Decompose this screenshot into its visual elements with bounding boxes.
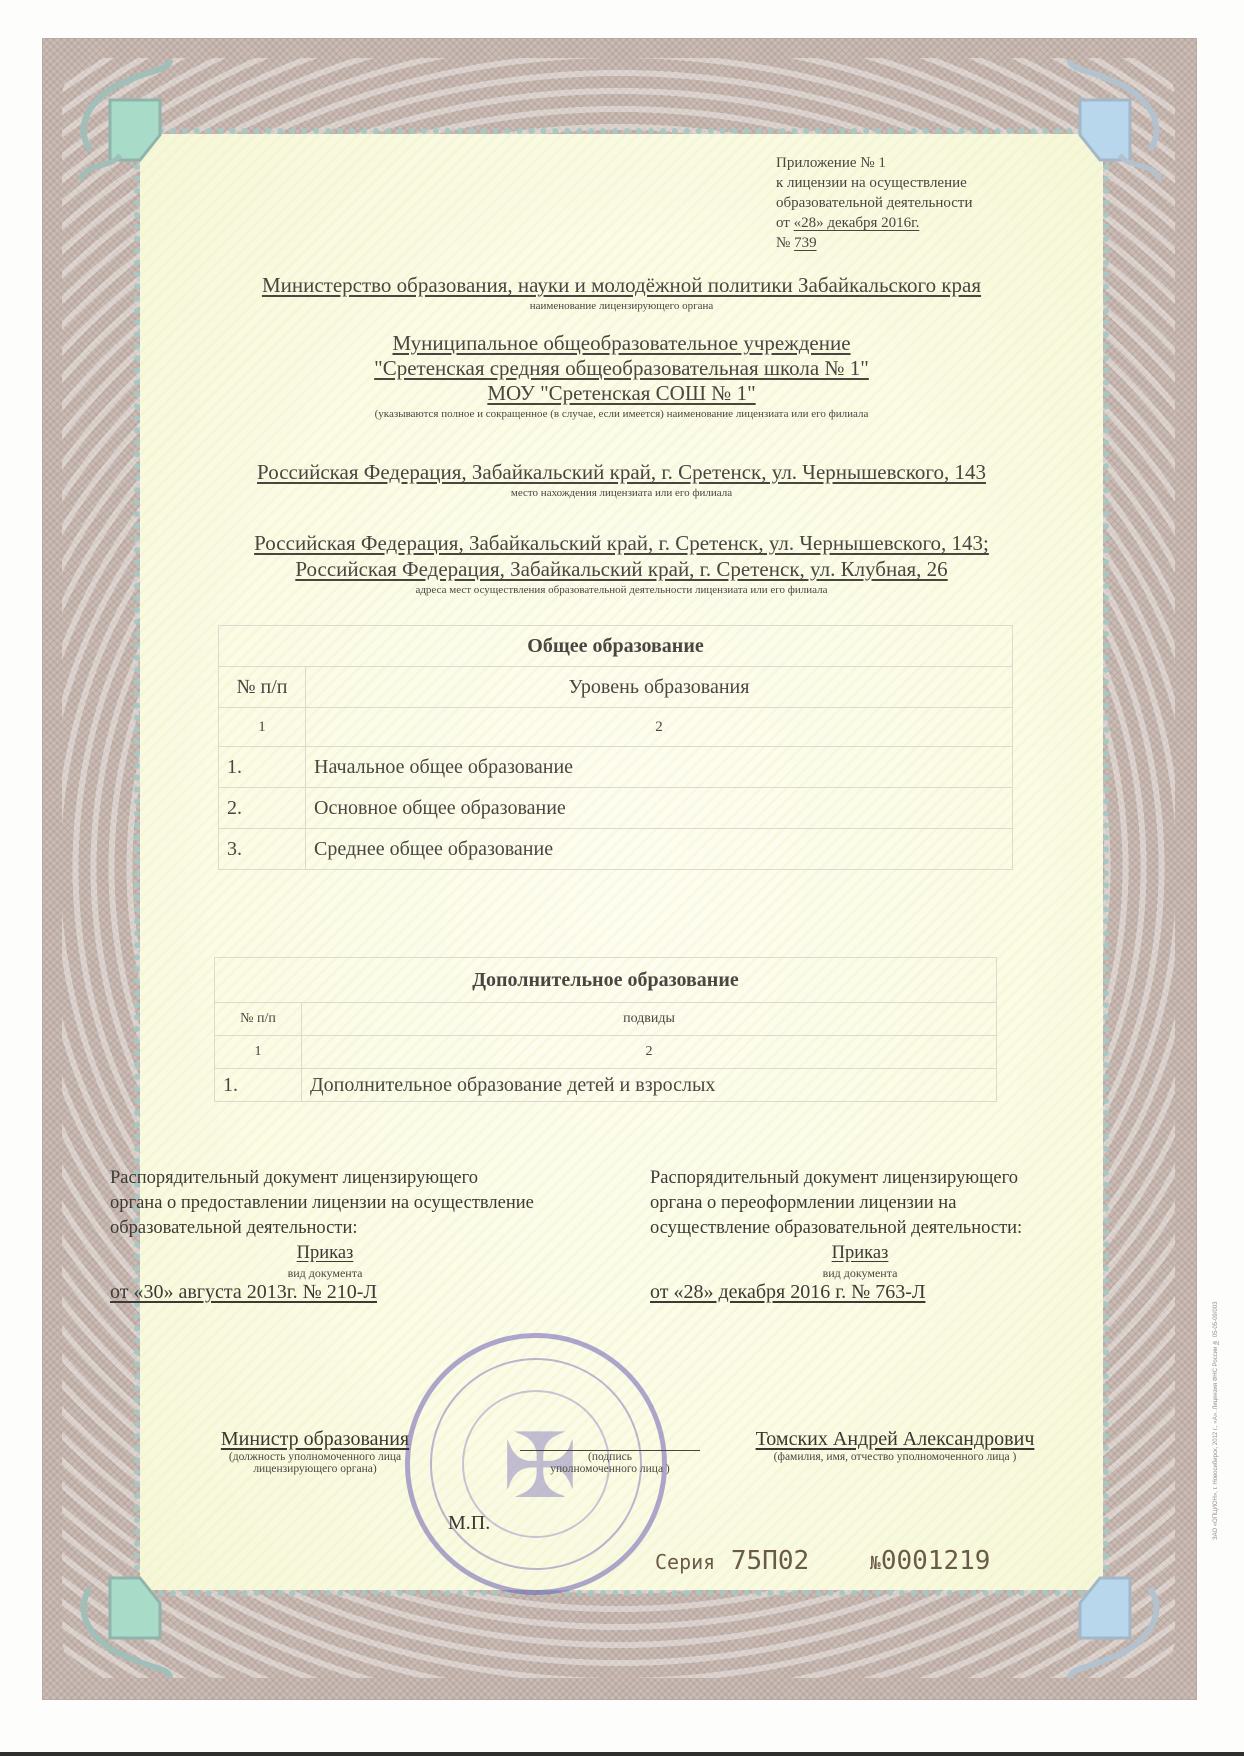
licensing-body-caption: наименование лицензирующего органа — [140, 300, 1103, 312]
column-header-subtypes: подвиды — [302, 1003, 997, 1036]
licensing-body-block: Министерство образования, науки и молодё… — [140, 273, 1103, 312]
table-row: 2. Основное общее образование — [219, 788, 1013, 829]
order-reissue-block: Распорядительный документ лицензирующего… — [650, 1166, 1120, 1305]
signatory-name-block: Томских Андрей Александрович (фамилия, и… — [705, 1428, 1085, 1463]
activity-addresses-block: Российская Федерация, Забайкальский край… — [140, 530, 1103, 598]
form-series: Серия 75П02 — [655, 1546, 809, 1576]
signature-block: (подпись уполномоченного лица ) — [520, 1428, 700, 1475]
general-education-table: Общее образование № п/п Уровень образова… — [218, 625, 1013, 870]
form-number: №0001219 — [870, 1546, 990, 1576]
order-grant-block: Распорядительный документ лицензирующего… — [110, 1166, 640, 1305]
corner-ornament-icon — [1030, 40, 1190, 200]
appendix-subtitle-2: образовательной деятельности — [776, 193, 973, 213]
order-grant-doc-type: Приказ — [297, 1243, 354, 1263]
appendix-number: 739 — [794, 235, 817, 251]
corner-ornament-icon — [50, 1538, 210, 1698]
order-grant-reference: от «30» августа 2013г. № 210-Л — [110, 1280, 640, 1305]
table-row: 3. Среднее общее образование — [219, 829, 1013, 870]
additional-education-table: Дополнительное образование № п/п подвиды… — [214, 957, 997, 1102]
order-reissue-doc-type: Приказ — [832, 1243, 889, 1263]
activity-address-1: Российская Федерация, Забайкальский край… — [140, 530, 1103, 556]
signatory-position: Министр образования — [185, 1428, 445, 1451]
column-header-level: Уровень образования — [306, 667, 1013, 708]
signature-line — [520, 1428, 700, 1451]
licensing-body-name: Министерство образования, науки и молодё… — [140, 273, 1103, 298]
appendix-date: «28» декабря 2016г. — [794, 215, 920, 231]
column-header-number: № п/п — [219, 667, 306, 708]
corner-ornament-icon — [1030, 1538, 1190, 1698]
licensee-block: Муниципальное общеобразовательное учрежд… — [140, 331, 1103, 422]
general-education-title: Общее образование — [219, 626, 1013, 667]
location-block: Российская Федерация, Забайкальский край… — [140, 460, 1103, 499]
licensee-short-name: МОУ "Сретенская СОШ № 1" — [140, 381, 1103, 406]
table-row: 1. Начальное общее образование — [219, 747, 1013, 788]
stamp-mark: М.П. — [448, 1512, 490, 1535]
activity-addresses-caption: адреса мест осуществления образовательно… — [140, 582, 1103, 598]
signatory-position-block: Министр образования (должность уполномоч… — [185, 1428, 445, 1475]
scan-edge — [0, 1752, 1244, 1756]
appendix-subtitle-1: к лицензии на осуществление — [776, 173, 973, 193]
table-row: 1. Дополнительное образование детей и вз… — [215, 1069, 997, 1102]
licensee-full-name-2: "Сретенская средняя общеобразовательная … — [140, 356, 1103, 381]
printer-imprint: ЗАО «ОПЦИОН», г. Новосибирск, 2012 г., «… — [1213, 1250, 1223, 1540]
licensee-caption: (указываются полное и сокращенное (в слу… — [140, 406, 1103, 422]
appendix-title: Приложение № 1 — [776, 153, 973, 173]
additional-education-title: Дополнительное образование — [215, 958, 997, 1003]
appendix-header: Приложение № 1 к лицензии на осуществлен… — [776, 153, 973, 253]
location-address: Российская Федерация, Забайкальский край… — [140, 460, 1103, 485]
order-reissue-reference: от «28» декабря 2016 г. № 763-Л — [650, 1280, 1120, 1305]
licensee-full-name-1: Муниципальное общеобразовательное учрежд… — [140, 331, 1103, 356]
location-caption: место нахождения лицензиата или его фили… — [140, 487, 1103, 499]
column-header-number: № п/п — [215, 1003, 302, 1036]
corner-ornament-icon — [50, 40, 210, 200]
activity-address-2: Российская Федерация, Забайкальский край… — [140, 556, 1103, 582]
signatory-name: Томских Андрей Александрович — [705, 1428, 1085, 1451]
